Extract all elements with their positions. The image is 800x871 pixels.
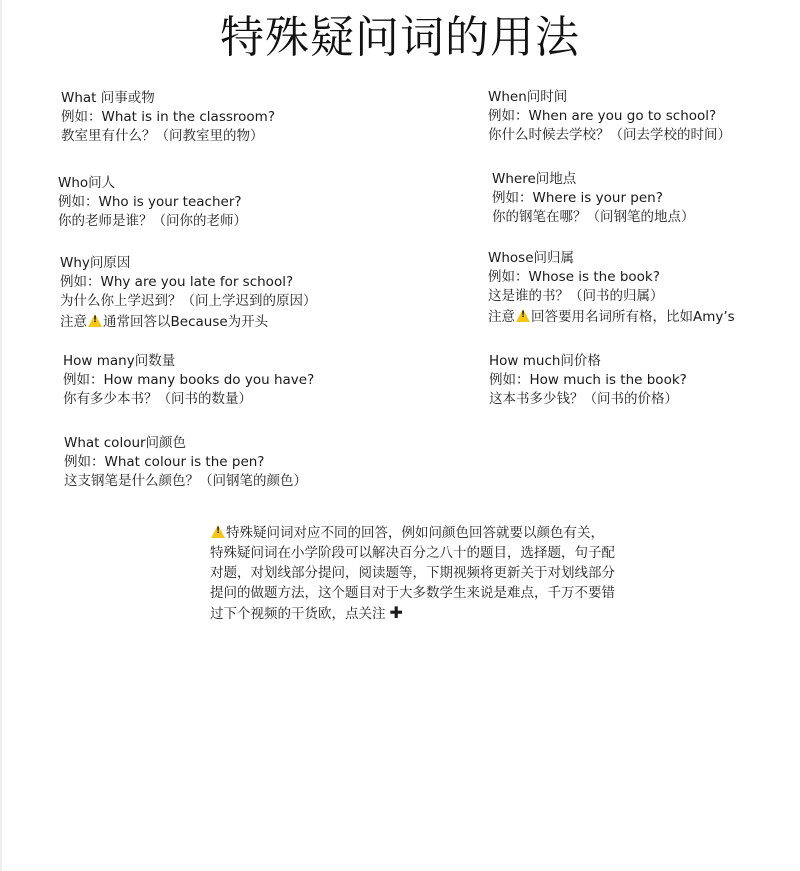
summary-line: 提问的做题方法，这个题目对于大多数学生来说是难点，千万不要错	[210, 583, 620, 603]
section-example: 例如：Why are you late for school?	[60, 273, 317, 292]
note-text: 通常回答以Because为开头	[103, 314, 268, 330]
note-text: 回答要用名词所有格，比如Amy’s	[531, 309, 735, 325]
section-heading: How many问数量	[63, 352, 314, 371]
section-example: 例如：What is in the classroom?	[61, 108, 275, 127]
section-why: Why问原因 例如：Why are you late for school? 为…	[60, 254, 317, 332]
warning-icon	[211, 525, 225, 538]
section-note: 注意通常回答以Because为开头	[60, 313, 317, 332]
section-heading: What 问事或物	[61, 89, 275, 108]
section-heading: Where问地点	[492, 170, 695, 189]
section-heading: How much问价格	[489, 352, 687, 371]
summary-line: 过下个视频的干货欧，点关注✚	[210, 603, 620, 623]
section-translation: 这支钢笔是什么颜色？（问钢笔的颜色）	[64, 472, 307, 491]
section-translation: 你有多少本书？（问书的数量）	[63, 390, 314, 409]
section-heading: Why问原因	[60, 254, 317, 273]
summary-paragraph: 特殊疑问词对应不同的回答，例如问颜色回答就要以颜色有关， 特殊疑问词在小学阶段可…	[210, 523, 620, 623]
summary-line: 对题，对划线部分提问，阅读题等，下期视频将更新关于对划线部分	[210, 563, 620, 583]
section-where: Where问地点 例如：Where is your pen? 你的钢笔在哪？（问…	[492, 170, 695, 227]
plus-icon: ✚	[390, 603, 403, 622]
section-example: 例如：Where is your pen?	[492, 189, 695, 208]
section-how-much: How much问价格 例如：How much is the book? 这本书…	[489, 352, 687, 409]
section-example: 例如：How much is the book?	[489, 371, 687, 390]
summary-line: 特殊疑问词在小学阶段可以解决百分之八十的题目，选择题，句子配	[210, 543, 620, 563]
page-title: 特殊疑问词的用法	[0, 8, 800, 68]
section-example: 例如：When are you go to school?	[488, 107, 731, 126]
section-heading: When问时间	[488, 88, 731, 107]
section-what: What 问事或物 例如：What is in the classroom? 教…	[61, 89, 275, 146]
section-translation: 教室里有什么？（问教室里的物）	[61, 127, 275, 146]
section-who: Who问人 例如：Who is your teacher? 你的老师是谁？（问你…	[58, 174, 247, 231]
section-example: 例如：How many books do you have?	[63, 371, 314, 390]
summary-line: 特殊疑问词对应不同的回答，例如问颜色回答就要以颜色有关，	[210, 523, 620, 543]
section-example: 例如：Whose is the book?	[488, 268, 735, 287]
warning-icon	[88, 314, 102, 327]
section-how-many: How many问数量 例如：How many books do you hav…	[63, 352, 314, 409]
section-heading: Whose问归属	[488, 249, 735, 268]
section-heading: Who问人	[58, 174, 247, 193]
section-translation: 这是谁的书？（问书的归属）	[488, 287, 735, 306]
section-translation: 这本书多少钱？（问书的价格）	[489, 390, 687, 409]
summary-line-text: 过下个视频的干货欧，点关注	[210, 606, 386, 622]
section-heading: What colour问颜色	[64, 434, 307, 453]
section-translation: 为什么你上学迟到？（问上学迟到的原因）	[60, 292, 317, 311]
section-translation: 你的钢笔在哪？（问钢笔的地点）	[492, 208, 695, 227]
section-whose: Whose问归属 例如：Whose is the book? 这是谁的书？（问书…	[488, 249, 735, 327]
section-translation: 你的老师是谁？（问你的老师）	[58, 212, 247, 231]
section-note: 注意回答要用名词所有格，比如Amy’s	[488, 308, 735, 327]
summary-line-text: 特殊疑问词对应不同的回答，例如问颜色回答就要以颜色有关，	[226, 525, 604, 541]
note-prefix: 注意	[60, 314, 87, 330]
warning-icon	[516, 309, 530, 322]
section-example: 例如：What colour is the pen?	[64, 453, 307, 472]
section-translation: 你什么时候去学校？（问去学校的时间）	[488, 126, 731, 145]
section-example: 例如：Who is your teacher?	[58, 193, 247, 212]
note-prefix: 注意	[488, 309, 515, 325]
page-edge	[0, 0, 2, 871]
section-when: When问时间 例如：When are you go to school? 你什…	[488, 88, 731, 145]
section-what-colour: What colour问颜色 例如：What colour is the pen…	[64, 434, 307, 491]
